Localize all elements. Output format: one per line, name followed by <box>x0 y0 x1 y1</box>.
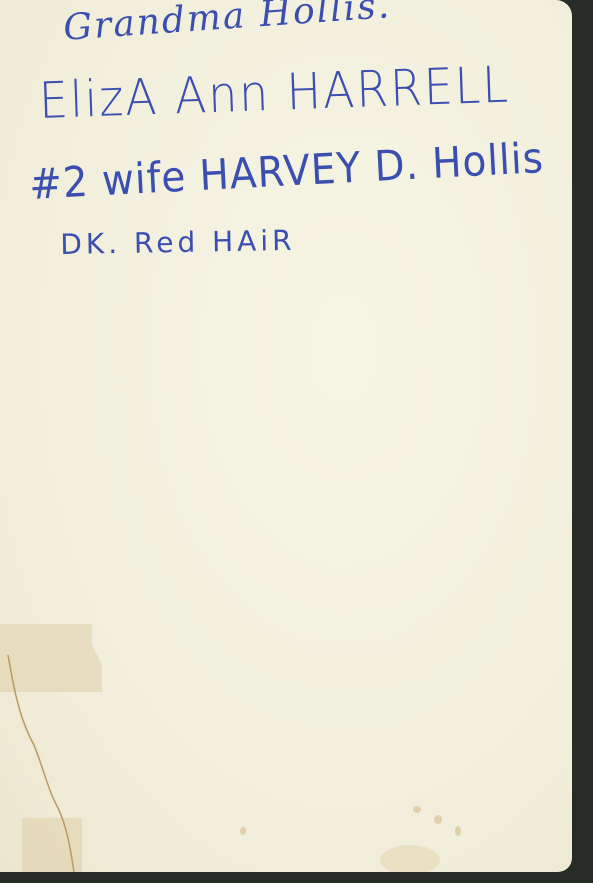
stain-spot <box>413 806 421 813</box>
photo-card-back: Grandma Hollis. ElizA Ann HARRELL #2 wif… <box>0 0 572 872</box>
stain-spot <box>240 827 246 835</box>
stain-spot <box>455 826 461 836</box>
handwriting-line-4: DK. Red HAiR <box>60 224 296 261</box>
paper-crack <box>0 0 120 872</box>
stain-patch <box>380 845 440 872</box>
handwriting-line-1: Grandma Hollis. <box>62 0 392 49</box>
stain-spot <box>434 815 442 824</box>
